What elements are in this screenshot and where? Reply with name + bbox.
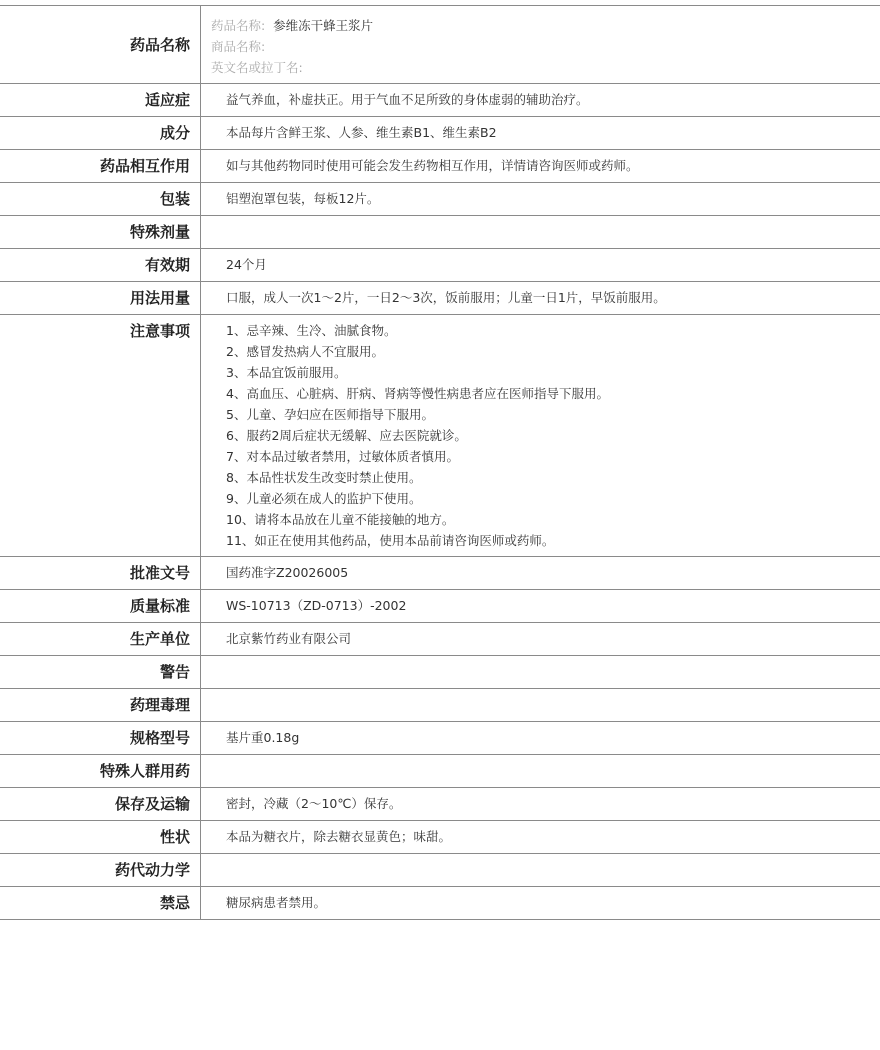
row-value: 国药准字Z20026005 bbox=[201, 557, 880, 590]
precaution-item: 3、本品宜饭前服用。 bbox=[226, 362, 880, 383]
row-drug-name: 药品名称 药品名称: 参维冻干蜂王浆片 商品名称: 英文名或拉丁名: bbox=[0, 6, 880, 84]
precaution-item: 2、感冒发热病人不宜服用。 bbox=[226, 341, 880, 362]
precaution-item: 4、高血压、心脏病、肝病、肾病等慢性病患者应在医师指导下服用。 bbox=[226, 383, 880, 404]
precaution-item: 1、忌辛辣、生冷、油腻食物。 bbox=[226, 320, 880, 341]
row-label: 适应症 bbox=[0, 84, 201, 117]
row-ingredients: 成分 本品每片含鲜王浆、人参、维生素B1、维生素B2 bbox=[0, 117, 880, 150]
row-value: WS-10713（ZD-0713）-2002 bbox=[201, 590, 880, 623]
row-value bbox=[201, 216, 880, 249]
row-shelf-life: 有效期 24个月 bbox=[0, 249, 880, 282]
row-value: 密封，冷藏（2～10℃）保存。 bbox=[201, 788, 880, 821]
row-packaging: 包装 铝塑泡罩包装，每板12片。 bbox=[0, 183, 880, 216]
row-label: 药代动力学 bbox=[0, 854, 201, 887]
row-label: 规格型号 bbox=[0, 722, 201, 755]
precautions-list: 1、忌辛辣、生冷、油腻食物。 2、感冒发热病人不宜服用。 3、本品宜饭前服用。 … bbox=[201, 315, 880, 557]
row-approval-number: 批准文号 国药准字Z20026005 bbox=[0, 557, 880, 590]
row-label: 注意事项 bbox=[0, 315, 201, 557]
row-label: 用法用量 bbox=[0, 282, 201, 315]
row-pharmacokinetics: 药代动力学 bbox=[0, 854, 880, 887]
row-special-populations: 特殊人群用药 bbox=[0, 755, 880, 788]
row-special-dosage: 特殊剂量 bbox=[0, 216, 880, 249]
row-label: 保存及运输 bbox=[0, 788, 201, 821]
row-pharmacology: 药理毒理 bbox=[0, 689, 880, 722]
row-label: 有效期 bbox=[0, 249, 201, 282]
precaution-item: 7、对本品过敏者禁用，过敏体质者慎用。 bbox=[226, 446, 880, 467]
row-label: 特殊人群用药 bbox=[0, 755, 201, 788]
row-value bbox=[201, 656, 880, 689]
row-value: 益气养血，补虚扶正。用于气血不足所致的身体虚弱的辅助治疗。 bbox=[201, 84, 880, 117]
precaution-item: 10、请将本品放在儿童不能接触的地方。 bbox=[226, 509, 880, 530]
row-label: 性状 bbox=[0, 821, 201, 854]
row-value: 北京紫竹药业有限公司 bbox=[201, 623, 880, 656]
row-value: 糖尿病患者禁用。 bbox=[201, 887, 880, 920]
row-value bbox=[201, 755, 880, 788]
row-value: 本品每片含鲜王浆、人参、维生素B1、维生素B2 bbox=[201, 117, 880, 150]
row-appearance: 性状 本品为糖衣片，除去糖衣显黄色；味甜。 bbox=[0, 821, 880, 854]
row-label: 药理毒理 bbox=[0, 689, 201, 722]
row-specification: 规格型号 基片重0.18g bbox=[0, 722, 880, 755]
row-label: 药品名称 bbox=[0, 6, 201, 84]
row-label: 特殊剂量 bbox=[0, 216, 201, 249]
precaution-item: 11、如正在使用其他药品，使用本品前请咨询医师或药师。 bbox=[226, 530, 880, 551]
row-label: 质量标准 bbox=[0, 590, 201, 623]
field-english-name: 英文名或拉丁名: bbox=[211, 57, 880, 78]
row-manufacturer: 生产单位 北京紫竹药业有限公司 bbox=[0, 623, 880, 656]
row-storage: 保存及运输 密封，冷藏（2～10℃）保存。 bbox=[0, 788, 880, 821]
row-warning: 警告 bbox=[0, 656, 880, 689]
drug-name-fields: 药品名称: 参维冻干蜂王浆片 商品名称: 英文名或拉丁名: bbox=[201, 6, 880, 84]
row-value: 口服，成人一次1～2片，一日2～3次，饭前服用；儿童一日1片，早饭前服用。 bbox=[201, 282, 880, 315]
row-label: 批准文号 bbox=[0, 557, 201, 590]
row-value: 如与其他药物同时使用可能会发生药物相互作用，详情请咨询医师或药师。 bbox=[201, 150, 880, 183]
row-value: 本品为糖衣片，除去糖衣显黄色；味甜。 bbox=[201, 821, 880, 854]
row-label: 包装 bbox=[0, 183, 201, 216]
precaution-item: 6、服药2周后症状无缓解、应去医院就诊。 bbox=[226, 425, 880, 446]
row-value bbox=[201, 854, 880, 887]
row-label: 生产单位 bbox=[0, 623, 201, 656]
row-quality-standard: 质量标准 WS-10713（ZD-0713）-2002 bbox=[0, 590, 880, 623]
row-value: 基片重0.18g bbox=[201, 722, 880, 755]
row-label: 禁忌 bbox=[0, 887, 201, 920]
row-label: 成分 bbox=[0, 117, 201, 150]
row-value: 24个月 bbox=[201, 249, 880, 282]
row-precautions: 注意事项 1、忌辛辣、生冷、油腻食物。 2、感冒发热病人不宜服用。 3、本品宜饭… bbox=[0, 315, 880, 557]
field-trade-name: 商品名称: bbox=[211, 36, 880, 57]
row-contraindications: 禁忌 糖尿病患者禁用。 bbox=[0, 887, 880, 920]
row-dosage: 用法用量 口服，成人一次1～2片，一日2～3次，饭前服用；儿童一日1片，早饭前服… bbox=[0, 282, 880, 315]
row-value bbox=[201, 689, 880, 722]
precaution-item: 5、儿童、孕妇应在医师指导下服用。 bbox=[226, 404, 880, 425]
row-label: 警告 bbox=[0, 656, 201, 689]
field-generic-name: 药品名称: 参维冻干蜂王浆片 bbox=[211, 15, 880, 36]
precaution-item: 8、本品性状发生改变时禁止使用。 bbox=[226, 467, 880, 488]
row-indications: 适应症 益气养血，补虚扶正。用于气血不足所致的身体虚弱的辅助治疗。 bbox=[0, 84, 880, 117]
row-interactions: 药品相互作用 如与其他药物同时使用可能会发生药物相互作用，详情请咨询医师或药师。 bbox=[0, 150, 880, 183]
drug-spec-table: 药品名称 药品名称: 参维冻干蜂王浆片 商品名称: 英文名或拉丁名: 适应症 益… bbox=[0, 5, 880, 920]
row-value: 铝塑泡罩包装，每板12片。 bbox=[201, 183, 880, 216]
row-label: 药品相互作用 bbox=[0, 150, 201, 183]
precaution-item: 9、儿童必须在成人的监护下使用。 bbox=[226, 488, 880, 509]
